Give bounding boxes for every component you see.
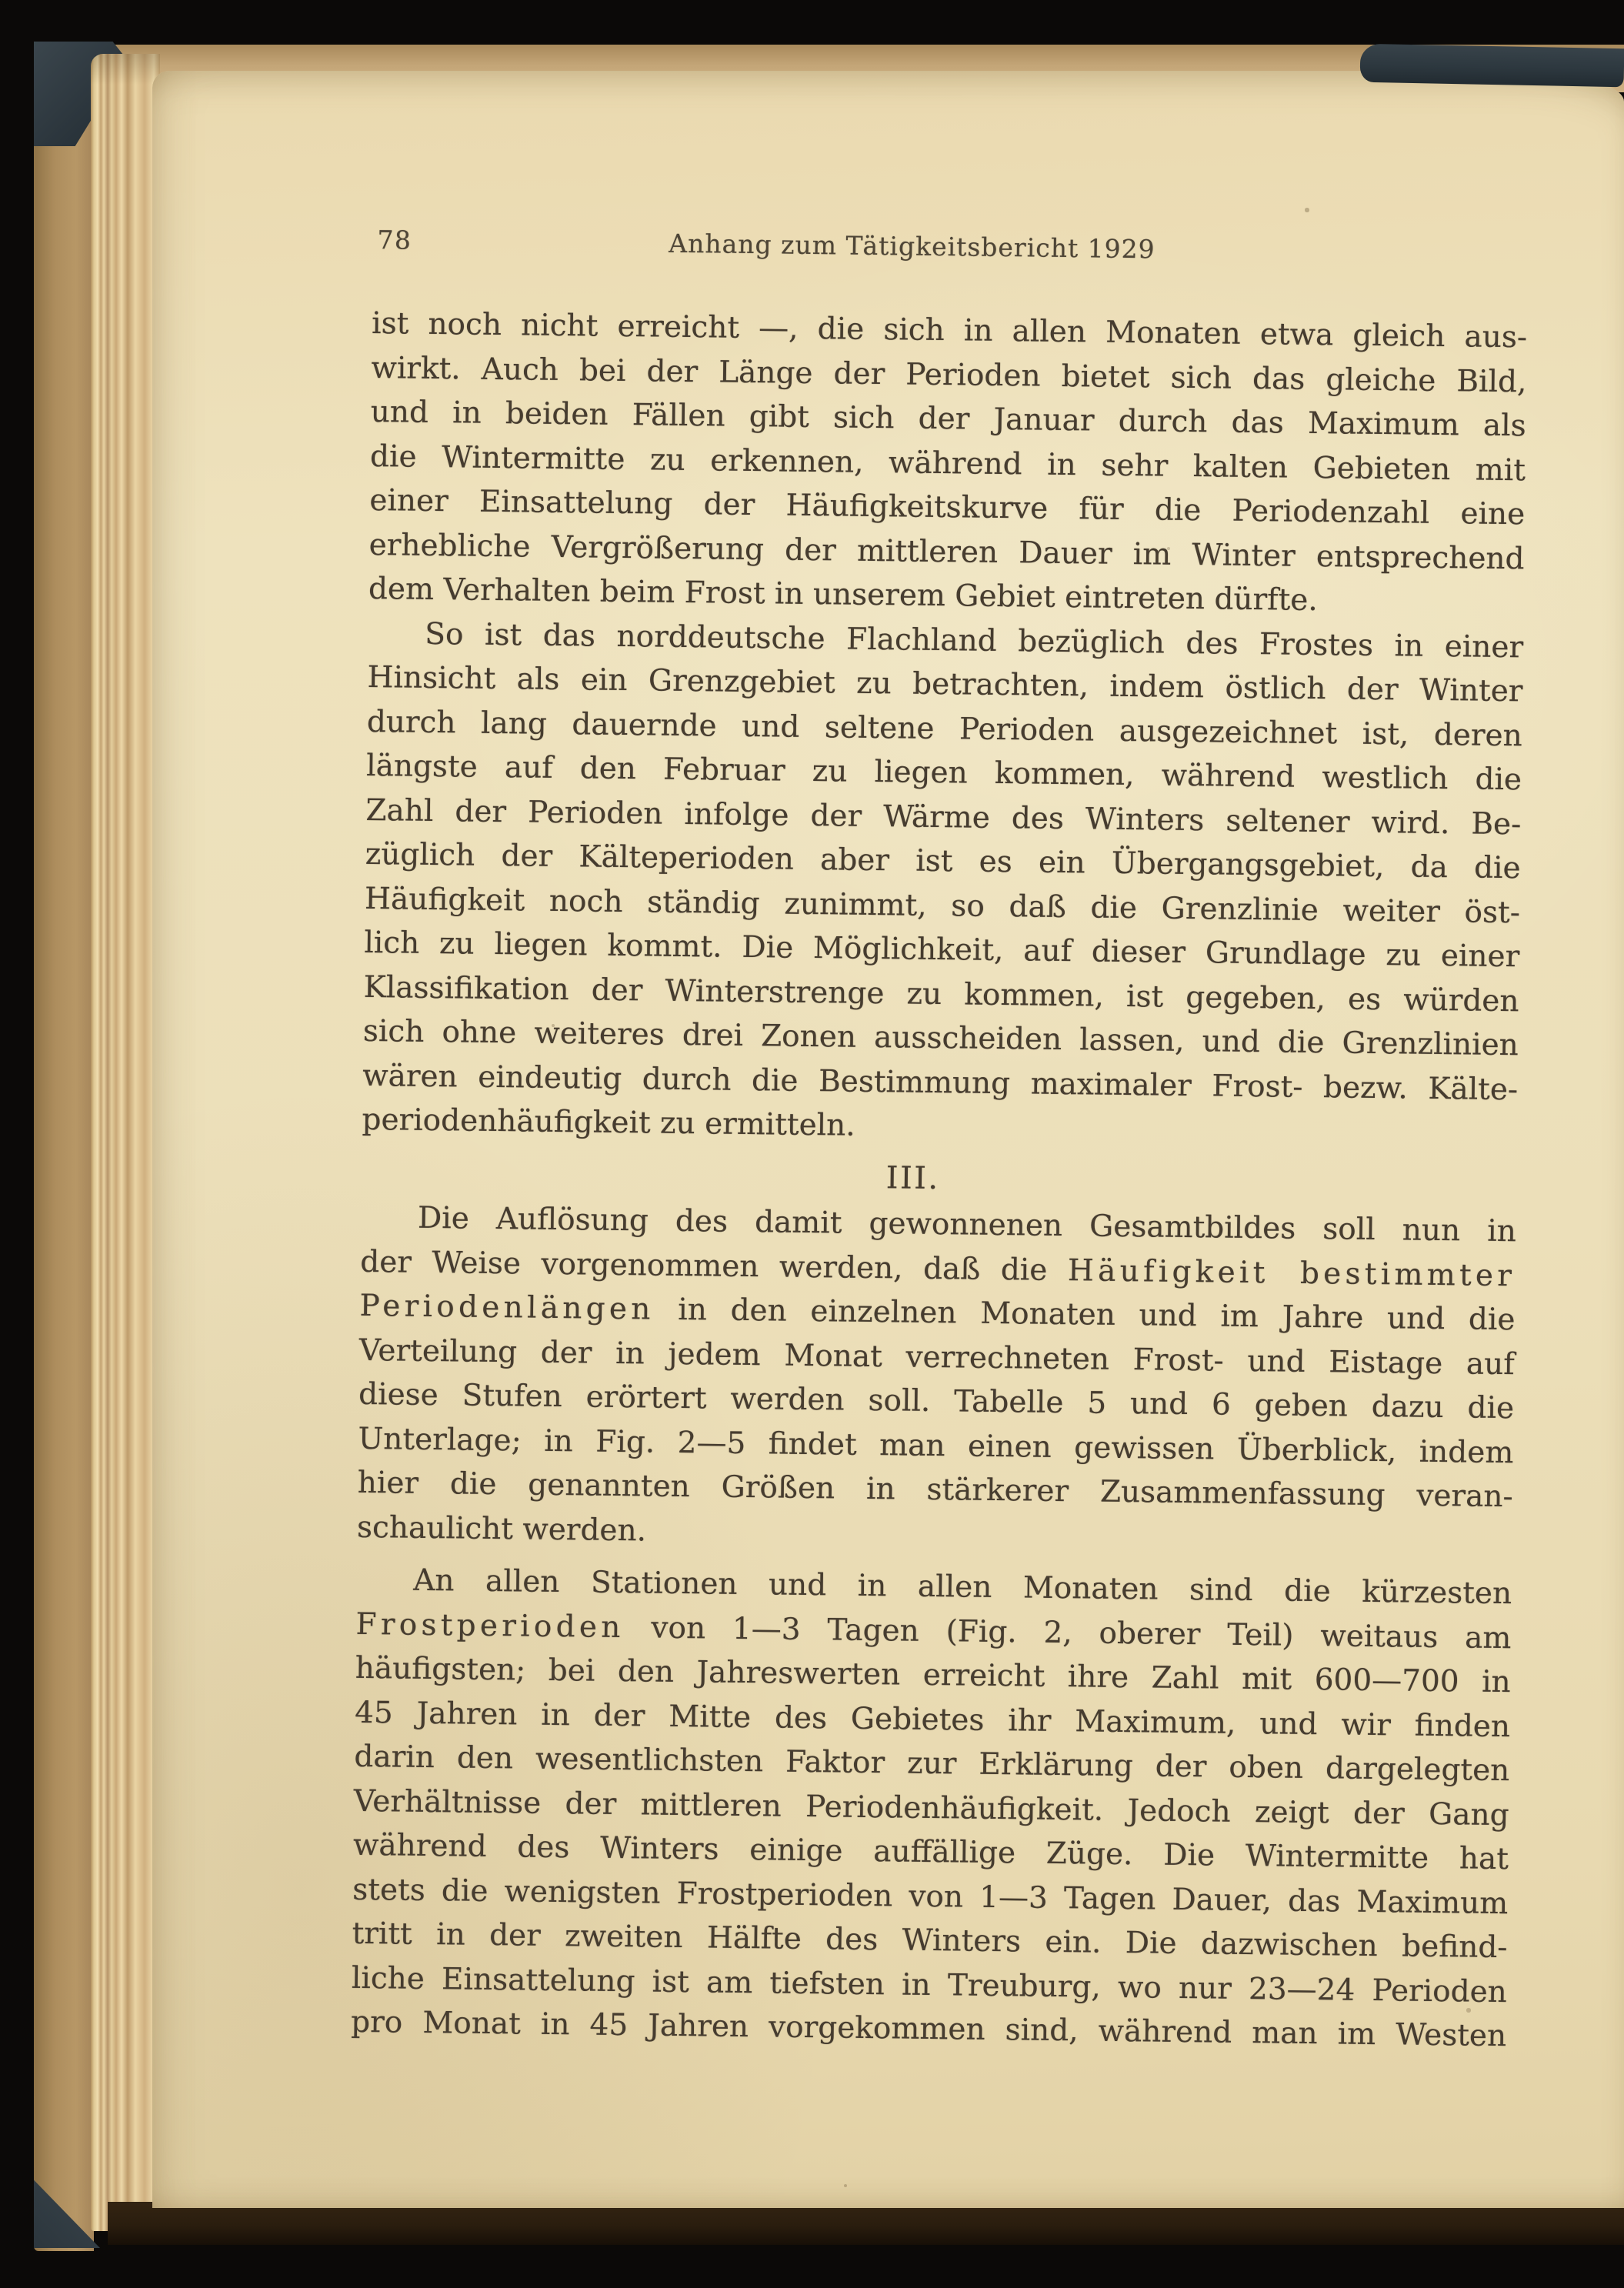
running-header-title: Anhang zum Tätigkeitsbericht 1929 bbox=[669, 228, 1155, 265]
page-number: 78 bbox=[377, 225, 412, 255]
paragraph: So ist das norddeutsche Flachland bezügl… bbox=[362, 611, 1523, 1156]
book-cover-left-edge bbox=[34, 42, 94, 2251]
emphasized-spaced-text: Periodenlängen bbox=[359, 1289, 655, 1327]
paragraph: ist noch nicht erreicht —, die sich in a… bbox=[368, 302, 1528, 625]
text-segment: in den einzelnen Monaten und im Jahre un… bbox=[654, 1292, 1515, 1338]
emphasized-spaced-text: Häufigkeit bestimmter bbox=[1068, 1253, 1516, 1293]
text-segment: von 1—3 Tagen (Fig. 2, oberer Teil) weit… bbox=[624, 1610, 1511, 1656]
book-cover-bottom-edge bbox=[108, 2202, 1624, 2245]
stacked-page-edges bbox=[91, 54, 160, 2231]
emphasized-spaced-text: Frostperioden bbox=[355, 1606, 625, 1644]
body-text: ist noch nicht erreicht —, die sich in a… bbox=[351, 302, 1528, 2059]
leather-spine-band-top-right bbox=[1360, 44, 1624, 88]
paragraph: Die Auflösung des damit gewonnenen Gesam… bbox=[357, 1196, 1517, 1563]
text-segment: der Weise vorgenommen werden, daß die bbox=[360, 1244, 1068, 1287]
page: 78 Anhang zum Tätigkeitsbericht 1929 ist… bbox=[152, 71, 1624, 2208]
page-content: 78 Anhang zum Tätigkeitsbericht 1929 ist… bbox=[351, 71, 1530, 2059]
scanned-book-page: 78 Anhang zum Tätigkeitsbericht 1929 ist… bbox=[0, 0, 1624, 2288]
running-header: 78 Anhang zum Tätigkeitsbericht 1929 bbox=[372, 225, 1528, 274]
paper-specks bbox=[152, 71, 154, 72]
paragraph: An allen Stationen und in allen Monaten … bbox=[351, 1558, 1512, 2059]
